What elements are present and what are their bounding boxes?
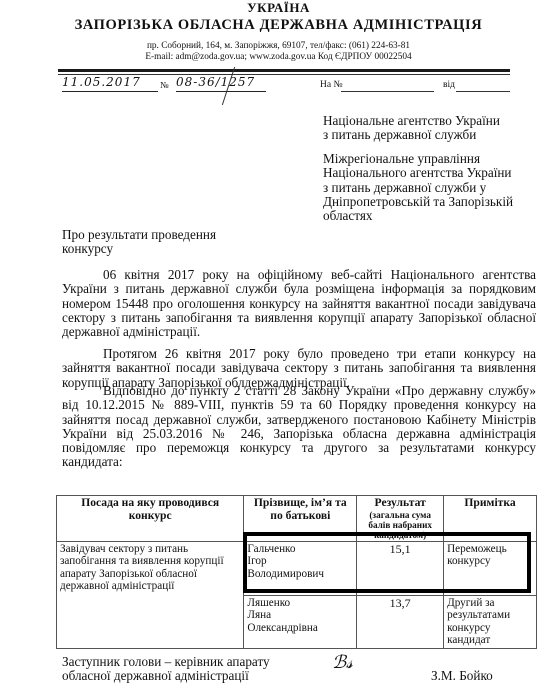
reply-date-field (456, 91, 510, 92)
cell-line: Володимирович (247, 568, 353, 581)
addressee-line: Національне агентство України (323, 114, 500, 128)
addressee-secondary: Міжрегіональне управління Національного … (323, 152, 513, 223)
cell-position: Завідувач сектору з питань запобігання т… (57, 541, 244, 648)
cell-name: Гальченко Ігор Володимирович (244, 541, 357, 595)
cell-line: кандидат (447, 634, 533, 647)
subject-line: конкурсу (62, 242, 216, 256)
results-table: Посада на яку проводився конкурс Прізвищ… (56, 495, 537, 649)
table-header-row: Посада на яку проводився конкурс Прізвищ… (57, 496, 537, 542)
addressee-primary: Національне агентство України з питань д… (323, 114, 500, 143)
cell-line: конкурсу (447, 555, 533, 568)
cell-line: запобігання та виявлення корупції (60, 555, 240, 568)
handwritten-signature: ℬ𝓈 (332, 652, 353, 673)
letterhead-country: УКРАЇНА (0, 0, 557, 16)
subject-line: Про результати проведення (62, 228, 216, 242)
table-row: Завідувач сектору з питань запобігання т… (57, 541, 537, 595)
cell-line: Переможець (447, 543, 533, 556)
cell-line: Завідувач сектору з питань (60, 543, 240, 556)
paragraph-text: Відповідно до пункту 2 статті 28 Закону … (62, 383, 536, 469)
letterhead-rule (58, 69, 510, 72)
registration-number: 08-36/1257 (176, 75, 266, 92)
header-result-subtitle: (загальна сума балів набраних кандидатом… (360, 510, 440, 540)
cell-score: 13,7 (357, 595, 444, 648)
cell-line: Ляшенко (247, 597, 353, 610)
cell-note: Другий за результатами конкурсу кандидат (444, 595, 537, 648)
registration-number-sign: № (160, 80, 169, 90)
addressee-line: Національного агентства України (323, 166, 513, 180)
cell-line: Олександрівна (247, 622, 353, 635)
addressee-line: Дніпропетровській та Запорізькій (323, 195, 513, 209)
cell-note: Переможець конкурсу (444, 541, 537, 595)
cell-line: Ляна (247, 609, 353, 622)
cell-line: Ігор (247, 555, 353, 568)
reply-to-field (341, 91, 434, 92)
paragraph-legal-basis: Відповідно до пункту 2 статті 28 Закону … (62, 384, 536, 470)
addressee-line: Міжрегіональне управління (323, 152, 513, 166)
header-result-title: Результат (375, 496, 426, 509)
letterhead-contacts: E-mail: adm@zoda.gov.ua; www.zoda.gov.ua… (0, 52, 557, 62)
paragraph-text: 06 квітня 2017 року на офіційному веб-са… (62, 267, 536, 339)
signatory-title: Заступник голови – керівник апарату обла… (62, 655, 270, 684)
header-result: Результат(загальна сума балів набраних к… (357, 496, 444, 542)
header-note: Примітка (444, 496, 537, 542)
cell-line: державної адміністрації (60, 580, 240, 593)
cell-line: апарату Запорізької обласної (60, 568, 240, 581)
cell-line: результатами (447, 609, 533, 622)
letter-subject: Про результати проведення конкурсу (62, 228, 216, 257)
signatory-name: З.М. Бойко (431, 669, 493, 683)
addressee-line: з питань державної служби (323, 128, 500, 142)
paragraph-announcement: 06 квітня 2017 року на офіційному веб-са… (62, 268, 536, 339)
cell-score: 15,1 (357, 541, 444, 595)
registration-date: 11.05.2017 (62, 75, 158, 92)
cell-line: Другий за (447, 597, 533, 610)
addressee-line: з питань державної служби у (323, 181, 513, 195)
reply-date-label: від (443, 80, 455, 90)
signatory-title-line: Заступник голови – керівник апарату (62, 655, 270, 669)
cell-name: Ляшенко Ляна Олександрівна (244, 595, 357, 648)
cell-line: конкурсу (447, 622, 533, 635)
addressee-line: областях (323, 209, 513, 223)
header-name: Прізвище, ім’я та по батькові (244, 496, 357, 542)
reply-to-label: На № (320, 80, 343, 90)
signatory-title-line: обласної державної адміністрації (62, 669, 270, 683)
cell-line: Гальченко (247, 543, 353, 556)
letterhead-organization: ЗАПОРІЗЬКА ОБЛАСНА ДЕРЖАВНА АДМІНІСТРАЦІ… (0, 17, 557, 34)
header-position: Посада на яку проводився конкурс (57, 496, 244, 542)
letterhead-address: пр. Соборний, 164, м. Запоріжжя, 69107, … (0, 41, 557, 51)
